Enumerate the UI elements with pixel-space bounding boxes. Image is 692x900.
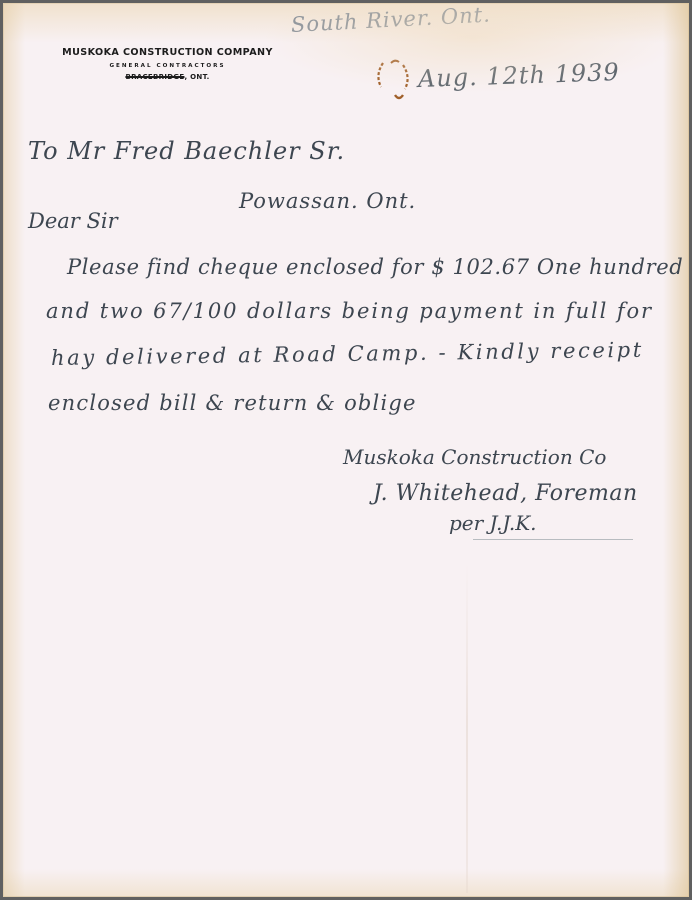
body-line-3: hay delivered at Road Camp. - Kindly rec… bbox=[51, 338, 644, 370]
paperclip-rust-mark-icon bbox=[375, 57, 411, 101]
fold-line bbox=[466, 563, 468, 893]
scan-frame: MUSKOKA CONSTRUCTION COMPANY GENERAL CON… bbox=[0, 0, 692, 900]
signature-underline bbox=[473, 539, 633, 540]
salutation: Dear Sir bbox=[28, 209, 118, 233]
letterhead: MUSKOKA CONSTRUCTION COMPANY GENERAL CON… bbox=[60, 47, 275, 81]
body-line-2: and two 67/100 dollars being payment in … bbox=[46, 299, 653, 323]
letterhead-city-suffix: , ONT. bbox=[184, 73, 209, 81]
letterhead-city: BRACEBRIDGE, ONT. bbox=[60, 73, 275, 81]
header-date: Aug. 12th 1939 bbox=[418, 58, 621, 93]
signature-company: Muskoka Construction Co bbox=[343, 445, 606, 469]
header-location: South River. Ont. bbox=[290, 3, 491, 37]
recipient-name: To Mr Fred Baechler Sr. bbox=[28, 137, 345, 165]
letter-page: MUSKOKA CONSTRUCTION COMPANY GENERAL CON… bbox=[3, 3, 689, 897]
body-line-1: Please find cheque enclosed for $ 102.67… bbox=[67, 255, 683, 279]
body-line-4: enclosed bill & return & oblige bbox=[48, 391, 417, 415]
letterhead-company: MUSKOKA CONSTRUCTION COMPANY bbox=[60, 47, 275, 58]
letterhead-city-struck: BRACEBRIDGE bbox=[125, 73, 184, 81]
letterhead-subtitle: GENERAL CONTRACTORS bbox=[60, 63, 275, 69]
signature-per: per J.J.K. bbox=[449, 511, 537, 535]
signature-name: J. Whitehead, Foreman bbox=[373, 481, 638, 506]
recipient-town: Powassan. Ont. bbox=[239, 189, 416, 213]
